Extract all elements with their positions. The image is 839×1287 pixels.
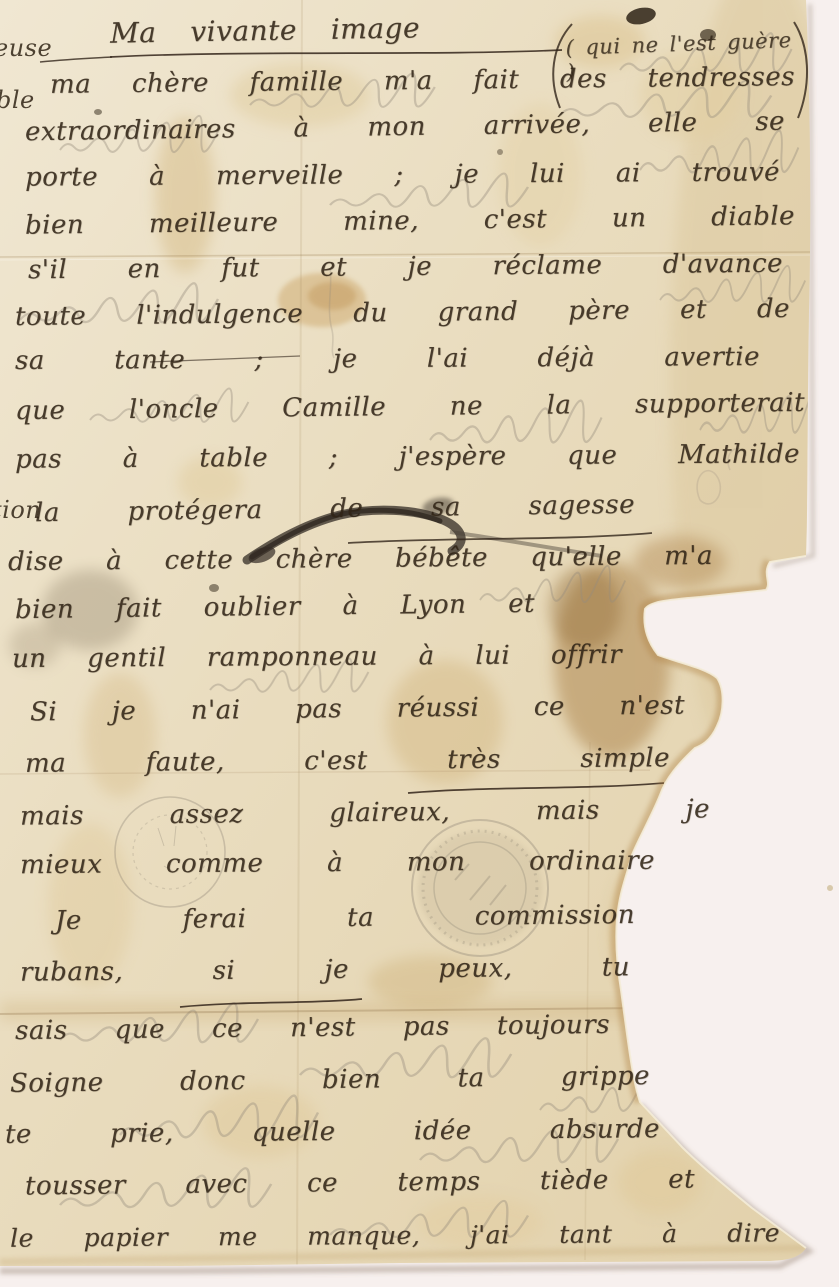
- letter-line: le papier me manque, j'ai tant à dire: [10, 1218, 780, 1252]
- letter-line: te prie, quelle idée absurde: [5, 1114, 660, 1150]
- letter-line: Soigne donc bien ta grippe: [10, 1061, 650, 1099]
- letter-line: s'il en fut et je réclame d'avance: [28, 249, 783, 286]
- manuscript-scan: Ma vivante image ( qui ne l'est guère ) …: [0, 0, 839, 1287]
- letter-line: Si je n'ai pas réussi ce n'est: [30, 691, 685, 728]
- letter-line: toute l'indulgence du grand père et de: [15, 294, 790, 332]
- letter-line: rubans, si je peux, tu: [20, 952, 630, 987]
- letter-line: extraordinaires à mon arrivée, elle se: [25, 107, 785, 148]
- letter-line: bien meilleure mine, c'est un diable: [25, 201, 795, 240]
- letter-line: la protégera de sa sagesse: [35, 490, 635, 528]
- letter-line: sais que ce n'est pas toujours: [15, 1010, 610, 1046]
- letter-line: dise à cette chère bébête qu'elle m'a: [8, 541, 713, 577]
- letter-line: Je ferai ta commission: [55, 900, 635, 936]
- letter-line: bien fait oublier à Lyon et: [15, 589, 535, 625]
- letter-line: mais assez glaireux, mais je: [20, 794, 710, 831]
- letter-line: sa tante ; je l'ai déjà avertie: [15, 342, 760, 376]
- letter-line: porte à merveille ; je lui ai trouvé: [25, 157, 780, 192]
- letter-line: mieux comme à mon ordinaire: [20, 846, 655, 880]
- letter-line: un gentil ramponneau à lui offrir: [12, 640, 622, 674]
- letter-text: Ma vivante image ( qui ne l'est guère ) …: [0, 0, 839, 1287]
- letter-line: que l'oncle Camille ne la supporterait: [15, 388, 805, 426]
- letter-heading: Ma vivante image: [110, 11, 421, 49]
- margin-fragment: ble: [0, 86, 35, 114]
- letter-line: ma chère famille m'a fait des tendresses: [50, 62, 795, 100]
- letter-line: ma faute, c'est très simple: [25, 743, 670, 779]
- letter-line: pas à table ; j'espère que Mathilde: [15, 439, 800, 474]
- margin-fragment: euse: [0, 34, 52, 62]
- letter-line: tousser avec ce temps tiède et: [25, 1164, 695, 1201]
